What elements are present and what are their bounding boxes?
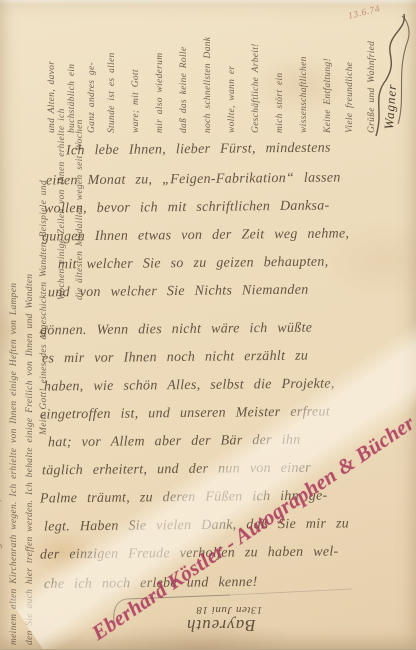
body-line: täglich erheitert, und der nun von einer — [42, 461, 311, 480]
cross-line-top: mich stört ein — [274, 17, 286, 133]
cross-line-top: Stunde ist es allen — [106, 9, 118, 133]
cross-line-side: den Sie auch hier treffen werden. Ich be… — [24, 19, 36, 645]
body-line: mit welcher Sie so zu geizen behaupten, — [58, 255, 329, 274]
body-line: Ich lebe Ihnen, lieber Fürst, mindestens — [66, 141, 331, 160]
cross-line-side: meinem alten Kirchenrath wegen. Ich erhi… — [8, 57, 20, 645]
cross-line-top: daß das keine Rolle — [178, 7, 190, 133]
body-line: gungen Ihnen etwas von der Zeit weg nehm… — [42, 226, 349, 245]
body-line: es mir vor Ihnen noch nicht erzählt zu — [42, 349, 308, 368]
cross-line-top: buchstäblich ein — [66, 15, 78, 133]
cross-line-top: mir also wiederum — [154, 11, 166, 133]
cross-line-top: und Alten, davor — [46, 29, 58, 133]
letter-scan: kommen Schon zu einigen Perlen; ich bitt… — [0, 0, 416, 650]
dateline-place: Bayreuth — [186, 615, 256, 635]
cross-line-top: Viele freundliche — [344, 17, 356, 133]
cross-line-side: kommen Schon zu einigen Perlen; ich bitt… — [0, 87, 4, 645]
cross-line-top: ware; mit Gott — [130, 13, 142, 133]
cross-line-top: noch schnellsten Dank — [202, 7, 214, 133]
cross-line-top: wollte, wann er — [226, 15, 238, 133]
body-line: einen Monat zu, „Feigen-Fabrikation“ las… — [46, 170, 341, 189]
cross-line-top: Geschäftliche Arbeit! — [250, 7, 262, 133]
signature-flourish-icon — [364, 2, 414, 142]
body-line: hat; vor Allem aber der Bär der ihn — [48, 433, 301, 452]
cross-line-top: Ganz andres ge- — [86, 21, 98, 133]
body-line: gönnen. Wenn dies nicht wäre ich wüßte — [40, 321, 312, 340]
body-line: der einzigen Freude verholfen zu haben w… — [40, 544, 339, 563]
body-line: wollen, bevor ich mit schriftlichen Dank… — [44, 199, 330, 218]
body-line: haben, wie schön Alles, selbst die Proje… — [44, 376, 335, 395]
body-line: eingetroffen ist, und unseren Meister er… — [40, 404, 330, 423]
cross-line-top: Keine Entfaltung! — [322, 15, 334, 133]
body-line: legt. Haben Sie vielen Dank, daß Sie mir… — [44, 516, 349, 535]
body-line: und von welcher Sie Nichts Niemanden — [48, 283, 309, 302]
cross-line-top: wissenschaftlichen — [298, 9, 310, 133]
body-line: Palme träumt, zu deren Füßen ich ihn ge- — [40, 488, 328, 507]
